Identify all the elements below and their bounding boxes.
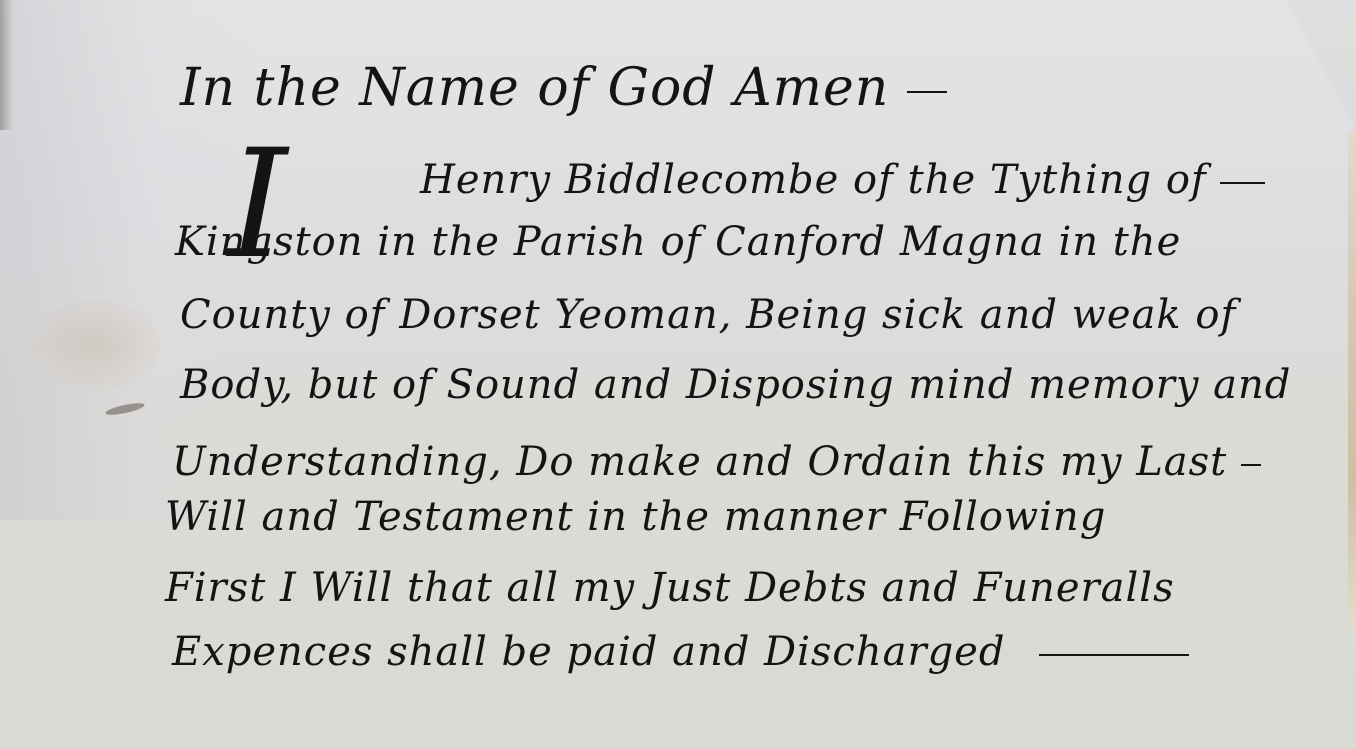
line-text: Henry Biddlecombe of the Tything of — [420, 157, 1207, 203]
line-filler-rule — [1220, 182, 1265, 184]
document-page: In the Name of God Amen I Henry Biddleco… — [0, 0, 1356, 749]
paper-corner-fold — [1286, 0, 1356, 130]
paper-stain — [30, 300, 160, 390]
text-line-1: Henry Biddlecombe of the Tything of — [420, 160, 1265, 200]
text-line-7: First I Will that all my Just Debts and … — [165, 568, 1175, 608]
line-text: Will and Testament in the manner Followi… — [165, 494, 1106, 540]
text-line-2: Kingston in the Parish of Canford Magna … — [175, 222, 1181, 262]
line-text: Expences shall be paid and Discharged — [172, 629, 1005, 675]
line-text: County of Dorset Yeoman, Being sick and … — [180, 292, 1236, 338]
text-line-6: Will and Testament in the manner Followi… — [165, 497, 1106, 537]
line-text: Kingston in the Parish of Canford Magna … — [175, 219, 1181, 265]
text-line-8: Expences shall be paid and Discharged — [172, 632, 1189, 672]
heading-text: In the Name of God Amen — [180, 58, 889, 118]
text-line-4: Body, but of Sound and Disposing mind me… — [180, 365, 1291, 405]
line-filler-rule — [1241, 464, 1261, 466]
heading-underline — [907, 91, 947, 93]
line-text: Understanding, Do make and Ordain this m… — [172, 439, 1227, 485]
line-text: Body, but of Sound and Disposing mind me… — [180, 362, 1291, 408]
text-line-5: Understanding, Do make and Ordain this m… — [172, 442, 1261, 482]
paper-edge-shadow — [0, 0, 14, 130]
text-line-3: County of Dorset Yeoman, Being sick and … — [180, 295, 1236, 335]
torn-right-edge — [1348, 130, 1356, 630]
line-text: First I Will that all my Just Debts and … — [165, 565, 1175, 611]
document-heading: In the Name of God Amen — [180, 62, 947, 114]
line-end-rule — [1039, 654, 1189, 656]
